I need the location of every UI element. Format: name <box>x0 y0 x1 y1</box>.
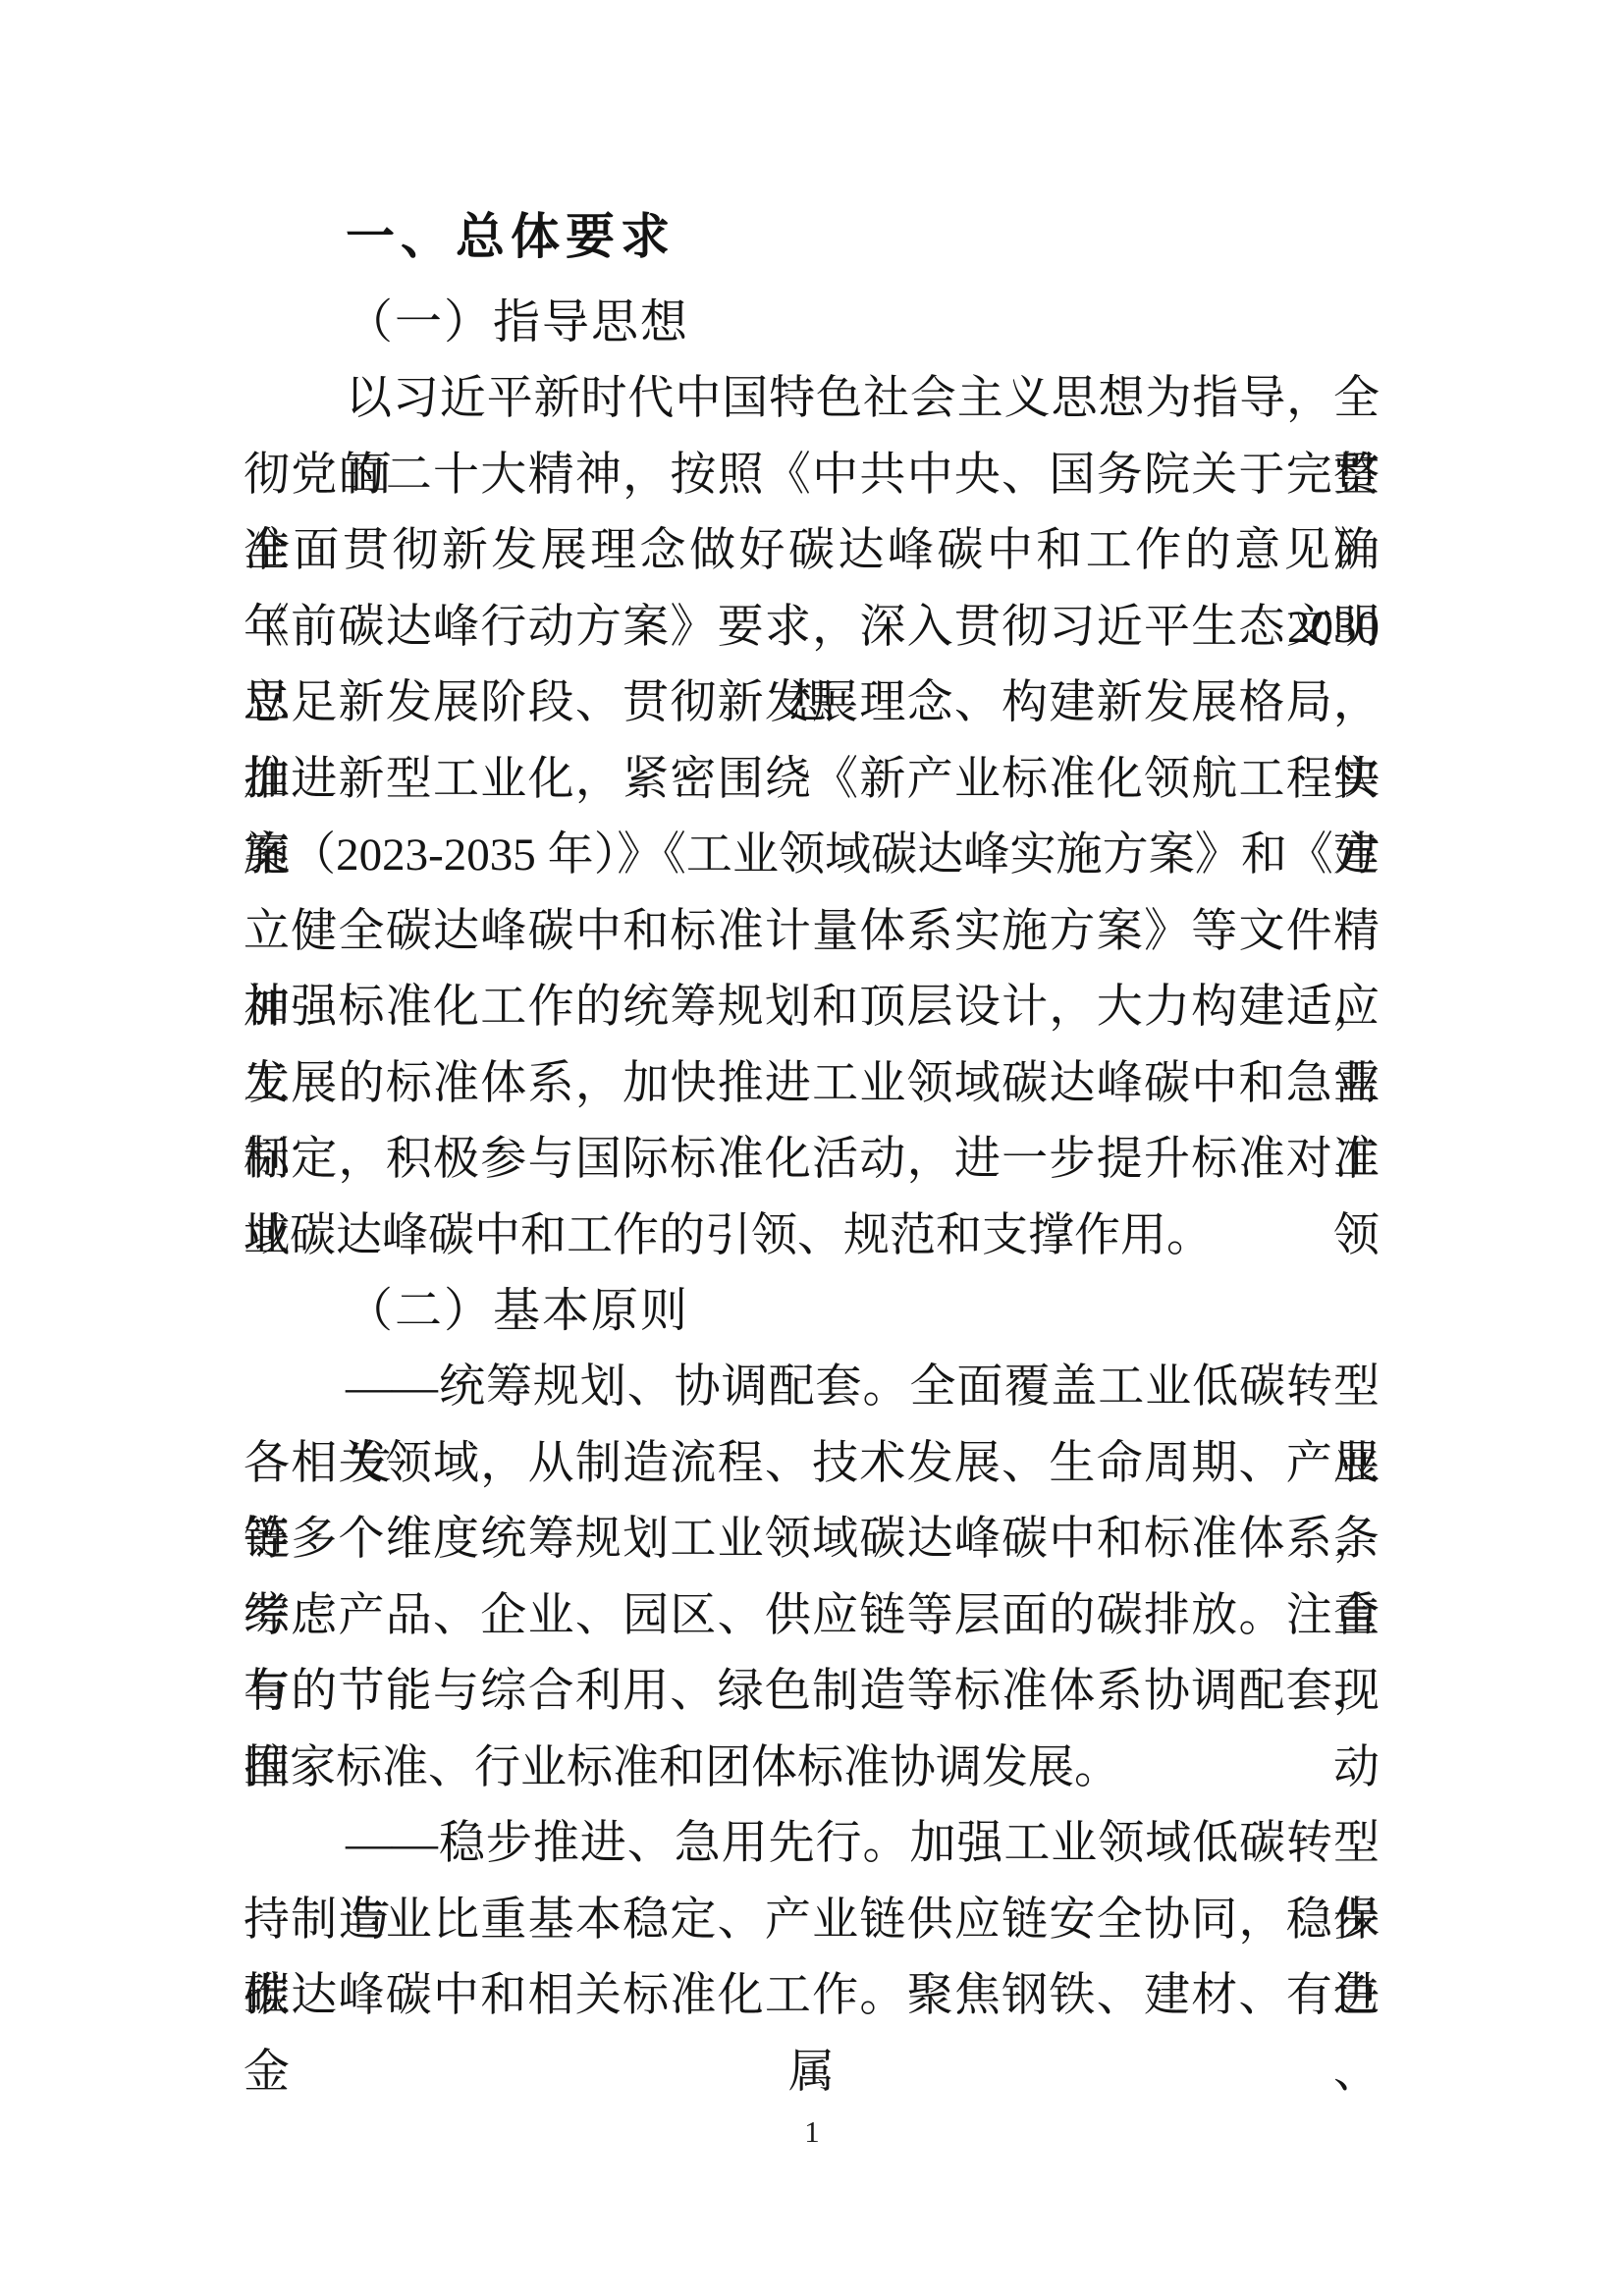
text-line: 碳达峰碳中和相关标准化工作。聚焦钢铁、建材、有色金属、 <box>244 1958 1380 2035</box>
text-line: 有的节能与综合利用、绿色制造等标准体系协调配套，推动 <box>244 1654 1380 1731</box>
section-heading: 一、总体要求 <box>244 199 1380 276</box>
text-line: 发展的标准体系，加快推进工业领域碳达峰碳中和急需标准 <box>244 1046 1380 1123</box>
document-page: 一、总体要求 （一）指导思想 以习近平新时代中国特色社会主义思想为指导，全面贯 … <box>0 0 1624 2296</box>
text-line: 推进新型工业化，紧密围绕《新产业标准化领航工程实施方 <box>244 742 1380 819</box>
text-line: 立足新发展阶段、贯彻新发展理念、构建新发展格局，加快 <box>244 666 1380 742</box>
text-line: 域碳达峰碳中和工作的引领、规范和支撑作用。 <box>244 1199 1380 1275</box>
paragraph-guiding-ideology: 以习近平新时代中国特色社会主义思想为指导，全面贯 彻党的二十大精神，按照《中共中… <box>244 361 1380 1274</box>
text-line: 加强标准化工作的统筹规划和顶层设计，大力构建适应工业 <box>244 970 1380 1046</box>
text-line: 等多个维度统筹规划工业领域碳达峰碳中和标准体系，综合 <box>244 1502 1380 1578</box>
text-line: ——统筹规划、协调配套。全面覆盖工业低碳转型发展 <box>244 1350 1380 1426</box>
text-line: 考虑产品、企业、园区、供应链等层面的碳排放。注重与现 <box>244 1578 1380 1655</box>
text-line: 案（2023-2035 年）》《工业领域碳达峰实施方案》和《建 <box>244 818 1380 894</box>
subsection-heading-1-row: （一）指导思想 <box>244 285 1380 361</box>
paragraph-overall-planning: ——统筹规划、协调配套。全面覆盖工业低碳转型发展 各相关领域，从制造流程、技术发… <box>244 1350 1380 1806</box>
subsection-heading-2: （二）基本原则 <box>244 1273 1380 1350</box>
text-line: 年前碳达峰行动方案》要求，深入贯彻习近平生态文明思想， <box>244 590 1380 667</box>
text-line: 持制造业比重基本稳定、产业链供应链安全协同，稳步推进 <box>244 1883 1380 1959</box>
section-heading-row: 一、总体要求 <box>244 199 1380 276</box>
text-line: 全面贯彻新发展理念做好碳达峰碳中和工作的意见》《2030 <box>244 513 1380 590</box>
text-line: 彻党的二十大精神，按照《中共中央、国务院关于完整准确 <box>244 438 1380 514</box>
text-line: 各相关领域，从制造流程、技术发展、生命周期、产业链条 <box>244 1426 1380 1503</box>
paragraph-steady-progress: ——稳步推进、急用先行。加强工业领域低碳转型与保 持制造业比重基本稳定、产业链供… <box>244 1806 1380 2035</box>
text-line: 立健全碳达峰碳中和标准计量体系实施方案》等文件精神， <box>244 894 1380 971</box>
text-line: 以习近平新时代中国特色社会主义思想为指导，全面贯 <box>244 361 1380 438</box>
subsection-heading-1: （一）指导思想 <box>244 285 1380 361</box>
page-number: 1 <box>0 2112 1624 2152</box>
subsection-heading-2-row: （二）基本原则 <box>244 1273 1380 1350</box>
text-line: 制定，积极参与国际标准化活动，进一步提升标准对工业领 <box>244 1122 1380 1199</box>
text-line: ——稳步推进、急用先行。加强工业领域低碳转型与保 <box>244 1806 1380 1883</box>
